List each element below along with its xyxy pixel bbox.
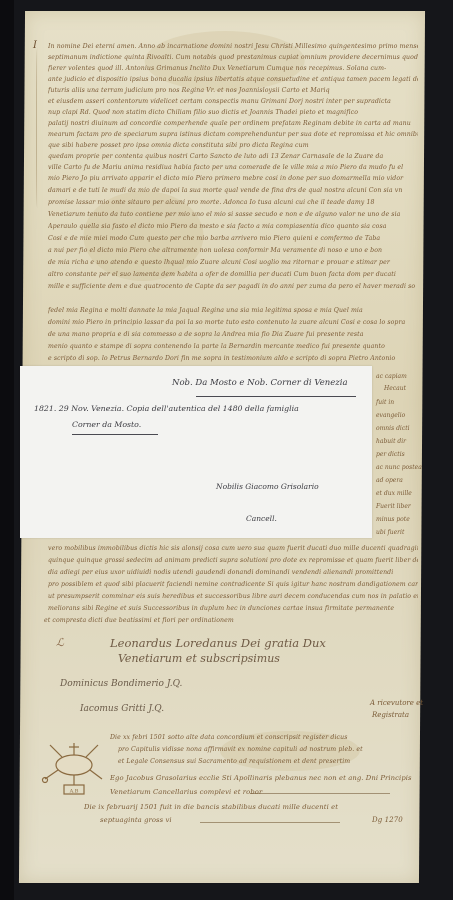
final-entry-rule [200, 822, 340, 823]
seal-label: A.B [69, 789, 79, 795]
text-line: septimanum indictione quinta Rivoalti. C… [48, 53, 418, 63]
text-line: damari e de tuti le mudi da mio de dapoi… [48, 186, 418, 196]
note-family-underline [72, 434, 158, 435]
text-line: a nui per fio el dicto mio Piero che alt… [48, 246, 418, 256]
text-line: mille e sufficiente dem e due quatrocent… [48, 282, 418, 292]
text-line: Aperaulo quella sia fasto el dicto mio P… [48, 222, 418, 232]
final-entry-line1: Die ix februarij 1501 fuit in die bancis… [84, 802, 404, 812]
text-line: et eiusdem asseri contentorum videlicet … [48, 97, 418, 107]
text-line: Cosi e de mie miei modo Cum questo per c… [48, 234, 418, 244]
text-line: domini mio Piero in principio lassar da … [48, 318, 418, 328]
final-entry-amount: Dg 1270 [372, 815, 422, 825]
notarial-line: et Legale Consensus sui Sacramento ad re… [118, 757, 418, 767]
note-signature-name: Cancell. [246, 514, 277, 523]
text-line: ut presumpserit comminar eis suis heredi… [48, 592, 418, 602]
notarial-line: Venetiarum Cancellarius complevi et robo… [110, 787, 290, 797]
margin-note-line: Fuerit liber [376, 502, 411, 512]
text-line: nup clapi Rd. Quod non statim dicto Chil… [48, 108, 418, 118]
text-line: fierer volentes quod ill. Antonius Grima… [48, 64, 418, 74]
margin-note-line: ac capiam [376, 372, 407, 382]
notarial-line: pro Capitulis vidisse nona affirmavit ex… [118, 745, 418, 755]
text-line: menio quanto e stampe di sopra contenend… [48, 342, 418, 352]
text-line: mio Piero Jo piu arrivato apparir el dic… [48, 174, 418, 184]
ducal-subscription-line2: Venetiarum et subscripsimus [118, 652, 280, 665]
text-line: mearum factam pro de speciarum supra ist… [48, 130, 418, 140]
text-line: meliorans sibi Regine et suis Successori… [48, 604, 418, 614]
text-line: pro possiblem et quod sibi placuerit fac… [48, 580, 418, 590]
text-line: In nomine Dei eterni amen. Anno ab incar… [48, 42, 418, 52]
text-line: de mia richa e uno atendo e questo lhqua… [48, 258, 418, 268]
margin-note-line: minus pote [376, 515, 410, 525]
scan-backdrop-edge [0, 0, 14, 900]
text-line: et compresta dicti due beatissimi et fio… [44, 616, 254, 626]
paragraph-mark: ℒ [56, 636, 64, 649]
notarial-line: Ego Jacobus Grasolarius ecclie Sti Apoll… [110, 773, 415, 783]
note-family-line: Corner da Mosto. [72, 420, 141, 429]
text-line: fedel mia Regina e molti dannate la mia … [48, 306, 418, 316]
text-line: altro constante per el suo lamenta dem h… [48, 270, 418, 280]
notarial-line: Die xx febri 1501 sotto alte data concor… [110, 733, 420, 743]
note-heading: Nob. Da Mosto e Nob. Corner di Venezia [172, 378, 348, 388]
registration-note-line1: A ricevutore et [370, 698, 423, 708]
text-line: quinque quinque grossi sedecim ad animam… [48, 556, 418, 566]
margin-note-line: Hecaut [384, 384, 406, 394]
notarial-rule [250, 793, 390, 794]
pasted-archival-note: Nob. Da Mosto e Nob. Corner di Venezia 1… [20, 366, 372, 538]
witness-signature-2: Iacomus Gritti J.Q. [80, 704, 164, 714]
witness-signature-1: Dominicus Bondimerio J.Q. [60, 679, 182, 689]
decorative-margin-flourish [36, 48, 39, 208]
text-line: que sibi habere posset pro ipsa omnia di… [48, 141, 418, 151]
margin-note-line: et dux mille [376, 489, 412, 499]
text-line: quedam proprie per contenta quibus nostr… [48, 152, 418, 162]
margin-note-line: ubi fuerit [376, 528, 404, 538]
text-line: futuris aliis una terram judicium pro no… [48, 86, 418, 96]
note-date-line: 1821. 29 Nov. Venezia. Copia dell'autent… [34, 404, 299, 413]
text-line: promise lassar mio onte sitauro per alcu… [48, 198, 418, 208]
text-line: de una mano propria e di sia commesso a … [48, 330, 418, 340]
note-heading-underline [196, 396, 356, 397]
text-line: ante judicio et dispositio ipsius bona d… [48, 75, 418, 85]
final-entry-line2: septuaginta gross vi [100, 815, 200, 825]
text-line: e scripto di sop. lo Petrus Bernardo Dor… [48, 354, 418, 364]
text-line: dia adiegi per eius uxor uidiuidi nodis … [48, 568, 418, 578]
notarial-sign-icon: A.B [40, 735, 110, 801]
margin-note-line: fuit in [376, 398, 394, 408]
registration-note-line2: Registrata [372, 710, 409, 720]
margin-note-line: evangelio [376, 411, 405, 421]
text-line: palatij nostri diuinum ad concordie comp… [48, 119, 418, 129]
margin-note-line: per dictis [376, 450, 405, 460]
text-line: ville Carto fu de Mariu anima residiua h… [48, 163, 418, 173]
margin-note-line: habuit dir [376, 437, 406, 447]
text-line: vero mobilibus immobilibus dictis hic si… [48, 544, 418, 554]
margin-note-line: ad opera [376, 476, 403, 486]
margin-note-line: omnis dicti [376, 424, 410, 434]
ducal-subscription-line1: Leonardus Loredanus Dei gratia Dux [110, 636, 326, 650]
note-signature-title: Nobilis Giacomo Grisolario [216, 482, 319, 491]
text-line: Venetiarum tenuto da tuto contiene per m… [48, 210, 418, 220]
margin-note-line: ac nunc postea [376, 463, 422, 473]
